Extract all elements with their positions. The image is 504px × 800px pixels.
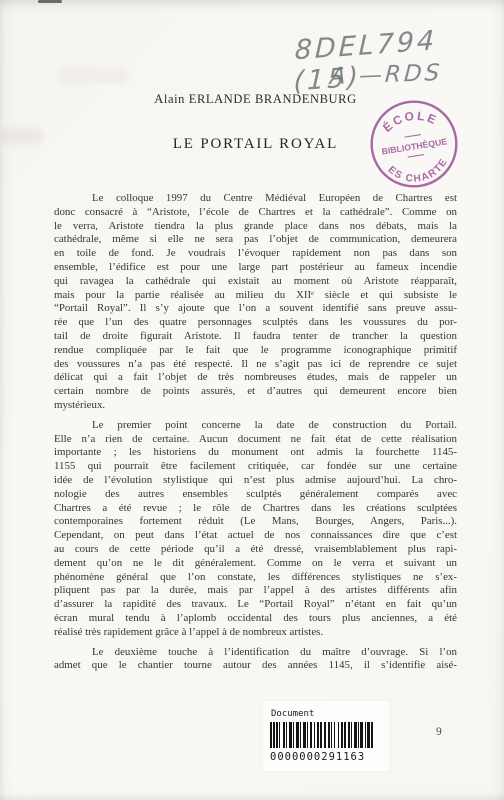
scanned-document-page: 8DEL794 (15) A —RDS Alain ERLANDE BRANDE… <box>0 0 504 800</box>
body-line: ensemble, l’édifice est pour une large p… <box>54 261 457 275</box>
body-line: mais pour la partie réalisée au milieu d… <box>54 289 457 303</box>
body-line: certain nombre de points assurés, et d’a… <box>54 385 457 399</box>
body-line: le verra, Aristote tiendra la plus grand… <box>54 220 457 234</box>
body-line: dement qu’on ne le dit généralement. Com… <box>54 557 457 571</box>
body-line: Chartres a été revue ; le rôle de Chartr… <box>54 502 457 516</box>
body-line: mystérieux. <box>54 399 457 413</box>
page-number: 9 <box>436 726 442 738</box>
body-line: délicat qui a fait l’objet de très nombr… <box>54 371 457 385</box>
body-line: qui ravagea la cathédrale qui existait a… <box>54 275 457 289</box>
scan-edge-artifact <box>38 0 62 3</box>
body-line: phénomène général que l’on constate, les… <box>54 571 457 585</box>
body-line: donc consacré à “Aristote, l’école de Ch… <box>54 206 457 220</box>
paper-smudge <box>0 126 44 146</box>
barcode-label: Document <box>271 709 314 719</box>
body-line: Le colloque 1997 du Centre Médiéval Euro… <box>54 192 457 206</box>
paragraph: Le deuxième touche à l’identification du… <box>54 646 457 674</box>
barcode-number: 0000000291163 <box>270 751 365 763</box>
body-line: Cependant, on peut dans l’état actuel de… <box>54 529 457 543</box>
body-line: 1155 qui pourrait être facilement critiq… <box>54 460 457 474</box>
body-line: réalisé très rapidement grâce à l’appel … <box>54 626 457 640</box>
handwritten-shelf-mark: A —RDS <box>329 60 443 90</box>
body-text: Le colloque 1997 du Centre Médiéval Euro… <box>54 192 457 673</box>
svg-text:ÉCOLE: ÉCOLE <box>378 105 442 137</box>
barcode-bar <box>371 722 373 748</box>
body-line: importante ; les historiens du monument … <box>54 446 457 460</box>
body-line: contemporaines fortement réduit (Le Mans… <box>54 515 457 529</box>
body-line: rée que l’un des quatre personnages scul… <box>54 316 457 330</box>
library-stamp: ÉCOLE BIBLIOTHÈQUE DES CHARTES <box>361 91 466 196</box>
body-line: Elle n’a rien de certaine. Aucun documen… <box>54 433 457 447</box>
body-line: idée de l’évolution stylistique qui n’es… <box>54 474 457 488</box>
body-line: pliquent pas par la durée, mais par l’ap… <box>54 584 457 598</box>
body-line: “Portail Royal”. Il s’y ajoute que l’on … <box>54 302 457 316</box>
barcode-sticker: Document 0000000291163 <box>262 700 390 772</box>
stamp-divider <box>405 135 421 138</box>
paragraph: Le premier point concerne la date de con… <box>54 419 457 640</box>
body-line: Le deuxième touche à l’identification du… <box>54 646 457 660</box>
paper-smudge <box>58 68 128 84</box>
body-line: au cours de cette période qu’il a été dr… <box>54 543 457 557</box>
body-line: cathédrale, même si elle ne sera pas l’o… <box>54 233 457 247</box>
body-line: d’assurer la rapidité des travaux. Le “P… <box>54 598 457 612</box>
stamp-top-text: ÉCOLE <box>378 105 442 137</box>
barcode <box>270 722 380 748</box>
body-line: des voussures n’a pas été respecté. Il n… <box>54 358 457 372</box>
body-line: écran mural tendu à l’aplomb occidental … <box>54 612 457 626</box>
body-line: rendue compliquée par le fait que le pro… <box>54 344 457 358</box>
body-line: admet que le chantier tourne autour des … <box>54 659 457 673</box>
body-line: en toile de fond. Je voudrais l’évoquer … <box>54 247 457 261</box>
paragraph: Le colloque 1997 du Centre Médiéval Euro… <box>54 192 457 413</box>
stamp-divider <box>408 155 424 158</box>
body-line: Le premier point concerne la date de con… <box>54 419 457 433</box>
body-line: nologie des autres ensembles sculptés gé… <box>54 488 457 502</box>
body-line: tail de droite figurait Aristote. Il fau… <box>54 330 457 344</box>
stamp-middle-text: BIBLIOTHÈQUE <box>381 136 448 156</box>
